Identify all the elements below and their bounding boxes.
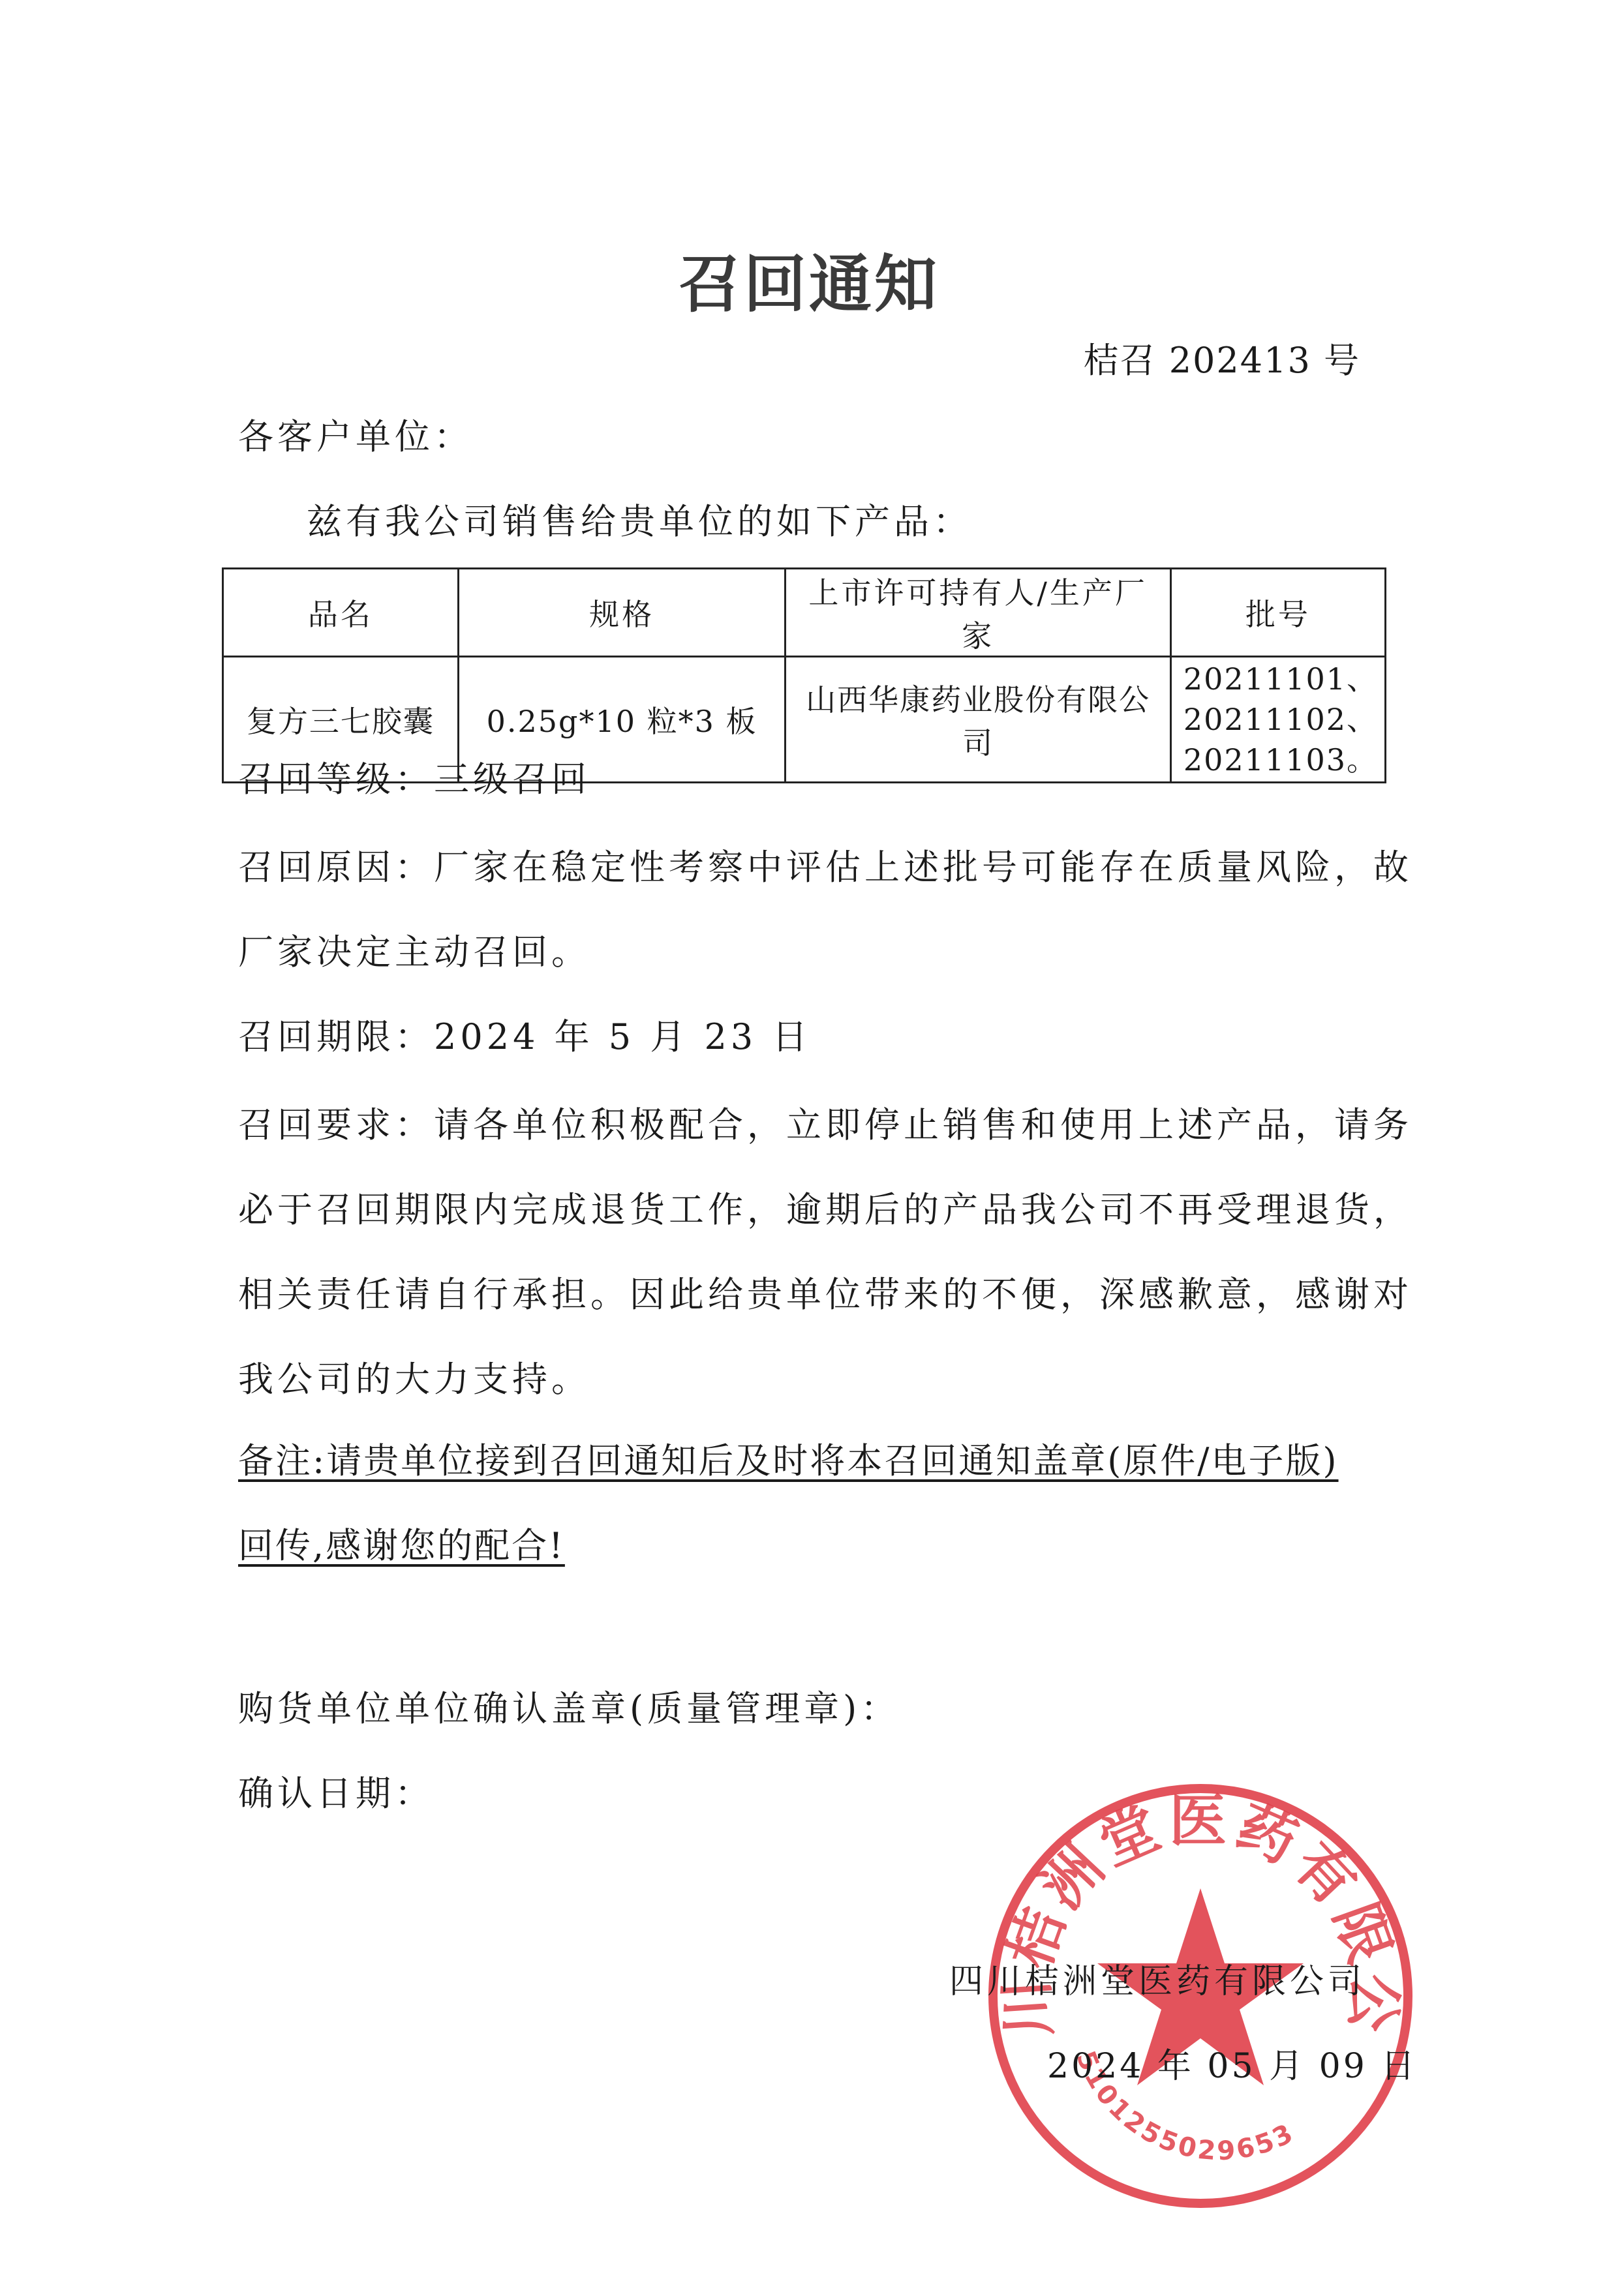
table-header-row: 品名 规格 上市许可持有人/生产厂家 批号 xyxy=(223,569,1386,657)
header-spec: 规格 xyxy=(458,569,786,657)
remark-line: 备注:请贵单位接到召回通知后及时将本召回通知盖章(原件/电子版) xyxy=(238,1442,1339,1481)
product-table: 品名 规格 上市许可持有人/生产厂家 批号 复方三七胶囊 0.25g*10 粒*… xyxy=(222,567,1386,783)
issue-date: 2024 年 05 月 09 日 xyxy=(1047,2038,1417,2087)
header-batch: 批号 xyxy=(1170,569,1385,657)
batch-number: 20211103。 xyxy=(1183,740,1378,780)
header-product-name: 品名 xyxy=(223,569,459,657)
recall-requirement-line: 我公司的大力支持。 xyxy=(238,1360,590,1399)
recall-requirement-line: 必于召回期限内完成退货工作，逾期后的产品我公司不再受理退货， xyxy=(238,1190,1412,1230)
confirm-date-label: 确认日期： xyxy=(238,1774,434,1813)
page-title: 召回通知 xyxy=(0,235,1618,324)
header-manufacturer: 上市许可持有人/生产厂家 xyxy=(786,569,1170,657)
recall-deadline: 召回期限：2024 年 5 月 23 日 xyxy=(238,1018,811,1057)
cell-batches: 20211101、 20211102、 20211103。 xyxy=(1170,657,1385,783)
cell-manufacturer: 山西华康药业股份有限公司 xyxy=(786,657,1170,783)
issuer-company: 四川桔洲堂医药有限公司 xyxy=(949,1954,1366,2002)
buyer-confirm-label: 购货单位单位确认盖章(质量管理章)： xyxy=(238,1689,900,1729)
recall-reason-line: 召回原因：厂家在稳定性考察中评估上述批号可能存在质量风险，故 xyxy=(238,848,1412,887)
recall-reason-line: 厂家决定主动召回。 xyxy=(238,933,590,972)
intro-text: 兹有我公司销售给贵单位的如下产品： xyxy=(307,502,972,541)
document-number: 桔召 202413 号 xyxy=(1084,333,1360,383)
batch-number: 20211102、 xyxy=(1183,699,1378,740)
recall-level: 召回等级：三级召回 xyxy=(238,760,590,799)
salutation: 各客户单位： xyxy=(238,417,473,457)
recall-requirement-line: 相关责任请自行承担。因此给贵单位带来的不便，深感歉意，感谢对 xyxy=(238,1275,1412,1314)
batch-number: 20211101、 xyxy=(1183,659,1378,699)
remark-line: 回传,感谢您的配合! xyxy=(238,1526,565,1565)
recall-requirement-line: 召回要求：请各单位积极配合，立即停止销售和使用上述产品，请务 xyxy=(238,1106,1412,1145)
